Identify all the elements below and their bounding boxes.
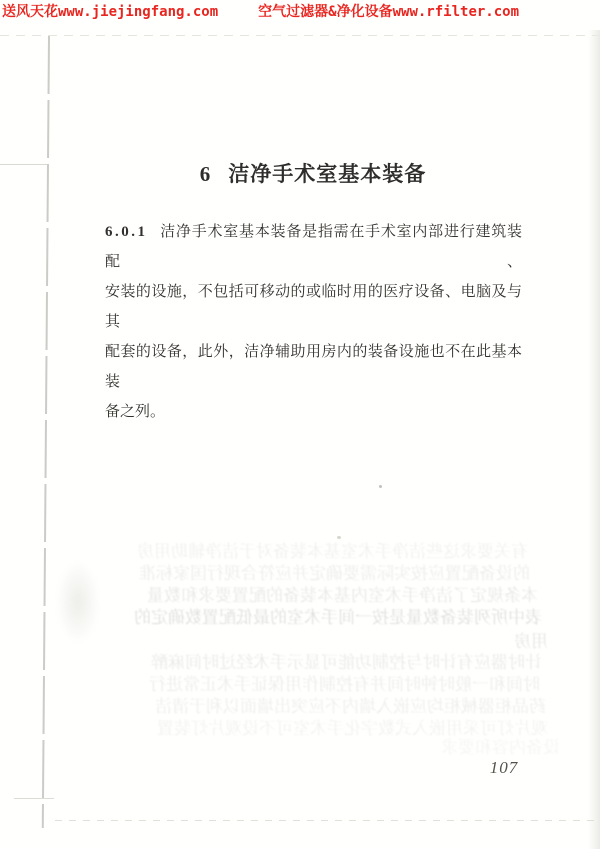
paragraph-line: 6.0.1洁净手术室基本装备是指需在手术室内部进行建筑装配、	[105, 217, 522, 277]
page-number: 107	[474, 758, 534, 778]
bleed-through-line: 观片灯可采用嵌入式数字化手术室可不设观片灯装置	[108, 719, 548, 739]
clause-number: 6.0.1	[105, 224, 148, 240]
bleed-through-line: 药品柜器械柜均应嵌入墙内不应突出墙面以利于清洁	[100, 697, 546, 717]
page-edge-bottom	[55, 820, 600, 821]
bleed-through-line: 用房	[508, 632, 548, 652]
paragraph-text: 洁净手术室基本装备是指需在手术室内部进行建筑装配、	[105, 224, 522, 270]
chapter-title-text: 洁净手术室基本装备	[228, 162, 426, 186]
site-url-right: 空气过滤器&净化设备www.rfilter.com	[258, 1, 519, 21]
watermark-header: 送风天花www.jiejingfang.com 空气过滤器&净化设备www.rf…	[2, 1, 519, 21]
page-edge-top	[0, 35, 600, 36]
chapter-number: 6	[200, 162, 212, 186]
binding-edge-line	[42, 36, 50, 828]
scan-smudge	[56, 560, 100, 644]
scan-line-artifact	[0, 164, 49, 165]
paragraph-line: 配套的设备，此外，洁净辅助用房内的装备设施也不在此基本装	[105, 337, 522, 397]
bleed-through-line: 有关要求这些洁净手术室基本装备对于洁净辅助用房	[128, 542, 528, 562]
paragraph-line: 安装的设施，不包括可移动的或临时用的医疗设备、电脑及与其	[105, 277, 522, 337]
site-url-left: 送风天花www.jiejingfang.com	[2, 1, 218, 21]
bleed-through-line: 本条规定了洁净手术室内基本装备的配置要求和数量	[102, 586, 538, 606]
scanned-document-page: 送风天花www.jiejingfang.com 空气过滤器&净化设备www.rf…	[0, 0, 600, 849]
chapter-title: 6洁净手术室基本装备	[105, 158, 521, 188]
paragraph-line: 备之列。	[105, 397, 522, 427]
clause-paragraph: 6.0.1洁净手术室基本装备是指需在手术室内部进行建筑装配、 安装的设施，不包括…	[105, 217, 522, 427]
scan-speck	[379, 485, 382, 488]
bleed-through-line: 设备内容和要求	[300, 738, 560, 758]
bleed-through-line: 时间和一般时钟时间并有控制作用保证手术正常进行	[100, 675, 540, 695]
bleed-through-line: 表中所列装备数量是按一间手术室的最低配置数确定的	[98, 608, 542, 628]
scan-line-artifact	[14, 798, 54, 799]
bleed-through-line: 计时器应有计时与控制功能可显示手术经过时间麻醉	[104, 653, 542, 673]
page-edge-right	[588, 30, 600, 849]
bleed-through-line: 的设备配置应按实际需要确定并应符合现行国家标准	[106, 564, 530, 584]
scan-speck	[337, 536, 341, 539]
